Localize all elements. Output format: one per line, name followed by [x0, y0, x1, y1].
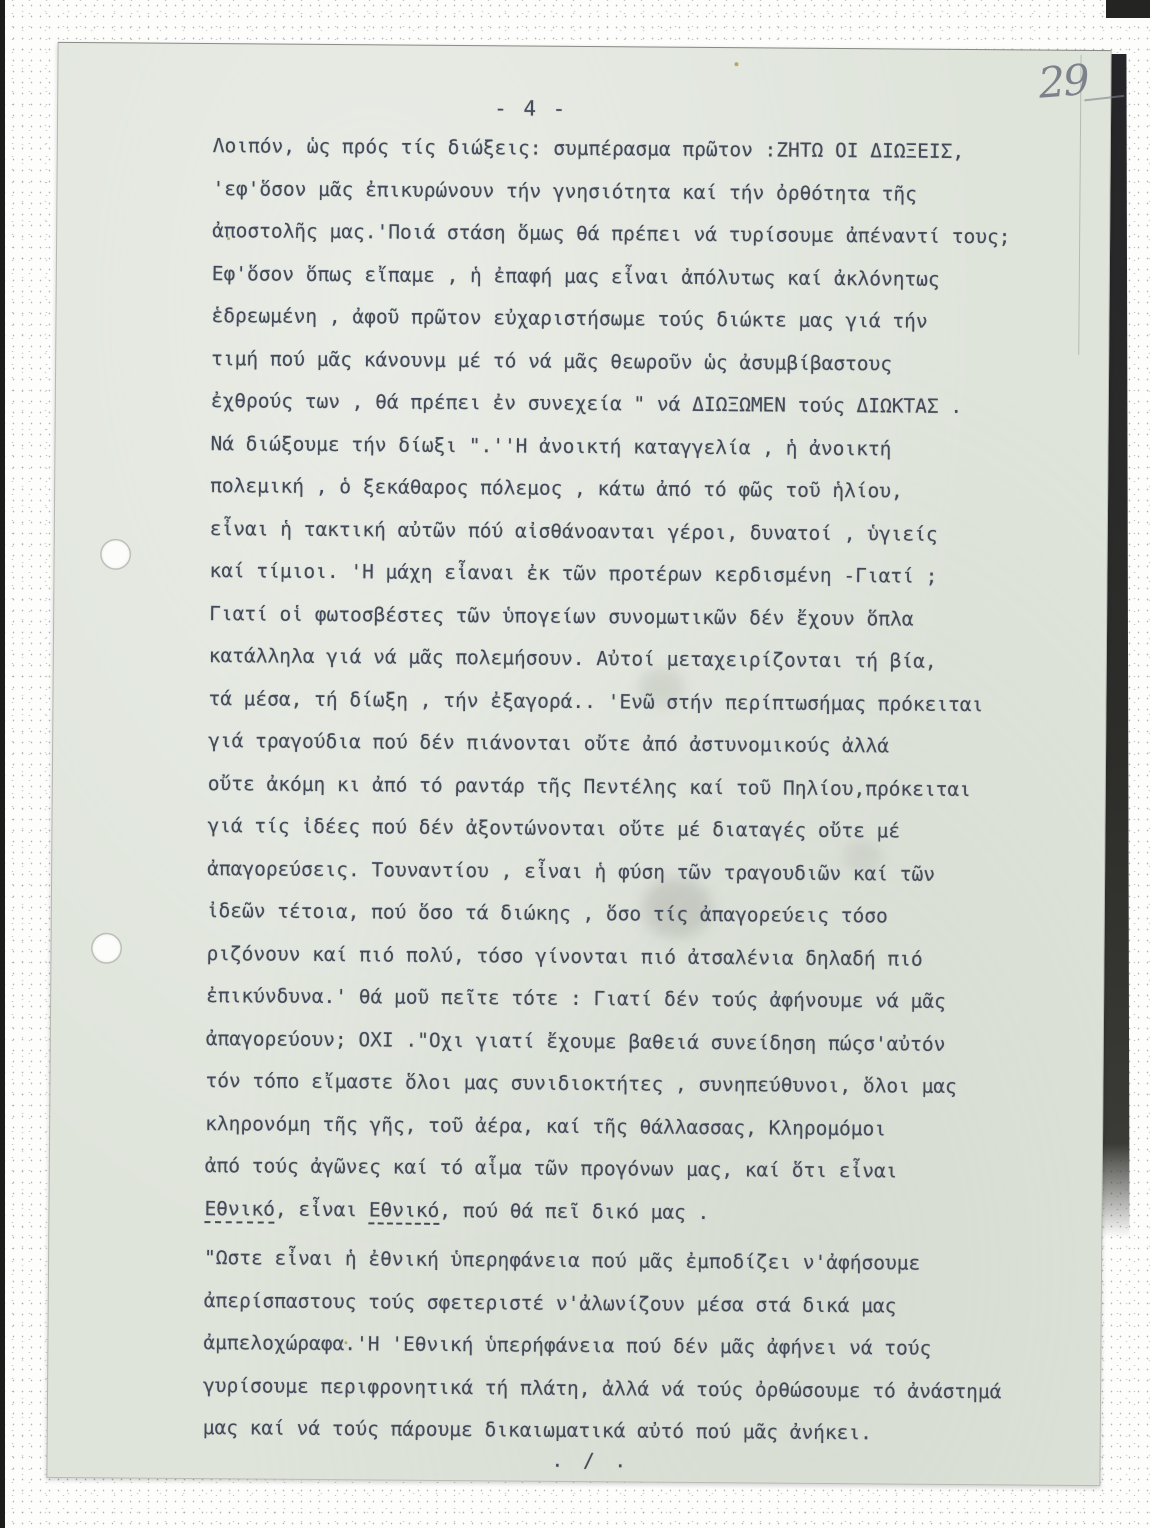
typed-text: τά μέσα, τή δίωξη , τήν ἐξαγορά.. 'Ενῶ σ… [208, 687, 983, 716]
typed-text: πολεμική , ὁ ξεκάθαρος πόλεμος , κάτω ἀπ… [210, 474, 903, 502]
typed-text: 'εφ'ὅσον μᾶς ἐπικυρώνουν τήν γνησιότητα … [212, 177, 917, 206]
typed-text: ἐχθρούς των , θά πρέπει ἐν συνεχεία " νά… [211, 389, 963, 418]
typed-text: γιά τραγούδια πού δέν πιάνονται οὔτε ἀπό… [208, 729, 889, 757]
typed-text: Γιατί οἱ φωτοσβέστες τῶν ὑπογείων συνομω… [209, 602, 914, 631]
typed-text: ἀποστολῆς μας.'Ποιά στάση ὅμως θά πρέπει… [212, 219, 1010, 248]
typed-text: "Ωστε εἶναι ἡ ἐθνική ὑπερηφάνεια πού μᾶς… [204, 1246, 920, 1275]
typed-line: ἐπικύνδυνα.' θά μοῦ πεῖτε τότε : Γιατί δ… [206, 975, 1005, 1024]
typed-line: Νά διώξουμε τήν δίωξι ".''Η ἀνοικτή κατα… [210, 423, 1009, 472]
typed-line: ριζόνουν καί πιό πολύ, τόσο γίνονται πιό… [206, 933, 1005, 982]
end-of-page-mark: . / . [551, 1449, 630, 1473]
typed-text: γυρίσουμε περιφρονητικά τή πλάτη, ἀλλά ν… [203, 1374, 1001, 1403]
typed-text: ἰδεῶν τέτοια, πού ὅσο τά διώκης , ὅσο τί… [207, 899, 888, 927]
typed-text: ἀπερίσπαστους τούς σφετεριστέ ν'ἀλωνίζου… [204, 1289, 897, 1317]
typed-text: ἀπό τούς ἀγῶνες καί τό αἷμα τῶν προγόνων… [205, 1154, 898, 1182]
speck [734, 62, 738, 66]
typed-line: καί τίμιοι. 'Η μάχη εἶαναι ἐκ τῶν προτέρ… [209, 550, 1008, 599]
typed-line: τιμή πού μᾶς κάνουνμ μέ τό νά μᾶς θεωροῦ… [211, 338, 1010, 387]
typed-text: οὔτε ἀκόμη κι ἀπό τό ραντάρ τῆς Πεντέλης… [208, 772, 971, 801]
typed-text: μας καί νά τούς πάρουμε δικαιωματικά αὐτ… [203, 1416, 872, 1444]
typed-line: κατάλληλα γιά νά μᾶς πολεμήσουν. Αὐτοί μ… [209, 635, 1008, 684]
typed-text: εἶναι ἡ τακτική αὐτῶν πόύ αἰσθάνοανται γ… [210, 517, 938, 546]
typed-line: γιά τίς ἰδέες πού δέν ἀξοντώνονται οὔτε … [207, 805, 1006, 854]
scanned-document: { "page": { "handwritten_number": "29", … [0, 0, 1150, 1528]
typed-text: ἐπικύνδυνα.' θά μοῦ πεῖτε τότε : Γιατί δ… [206, 984, 946, 1013]
typed-line: γιά τραγούδια πού δέν πιάνονται οὔτε ἀπό… [208, 720, 1007, 769]
typed-line: Γιατί οἱ φωτοσβέστες τῶν ὑπογείων συνομω… [209, 593, 1008, 642]
typed-text: γιά τίς ἰδέες πού δέν ἀξοντώνονται οὔτε … [207, 814, 900, 842]
typed-text-block: Λοιπόν, ὡς πρός τίς διώξεις: συμπέρασμα … [203, 125, 1012, 1456]
typed-line: πολεμική , ὁ ξεκάθαρος πόλεμος , κάτω ἀπ… [210, 465, 1009, 514]
typed-line: κληρονόμη τῆς γῆς, τοῦ ἀέρα, καί τῆς θάλ… [205, 1103, 1004, 1152]
typed-line: "Ωστε εἶναι ἡ ἐθνική ὑπερηφάνεια πού μᾶς… [204, 1237, 1003, 1286]
typed-text: Νά διώξουμε τήν δίωξι ".''Η ἀνοικτή κατα… [210, 432, 891, 460]
typed-text: κληρονόμη τῆς γῆς, τοῦ ἀέρα, καί τῆς θάλ… [205, 1112, 886, 1140]
typed-text: καί τίμιοι. 'Η μάχη εἶαναι ἐκ τῶν προτέρ… [209, 559, 937, 588]
typed-line: ἀποστολῆς μας.'Ποιά στάση ὅμως θά πρέπει… [212, 210, 1011, 259]
typed-line: 'εφ'ὅσον μᾶς ἐπικυρώνουν τήν γνησιότητα … [212, 168, 1011, 217]
typed-text: ριζόνουν καί πιό πολύ, τόσο γίνονται πιό… [206, 942, 922, 971]
typed-line: ἰδεῶν τέτοια, πού ὅσο τά διώκης , ὅσο τί… [207, 890, 1006, 939]
typed-line: ἀπαγορεύσεις. Τουναντίου , εἶναι ἡ φύση … [207, 848, 1006, 897]
typed-line: Λοιπόν, ὡς πρός τίς διώξεις: συμπέρασμα … [213, 125, 1012, 174]
typed-text: κατάλληλα γιά νά μᾶς πολεμήσουν. Αὐτοί μ… [209, 644, 937, 673]
scan-edge-top-right [1106, 0, 1150, 18]
typed-line: Εθνικό, εἶναι Εθνικό, πού θά πεῖ δικό μα… [204, 1188, 1003, 1237]
typed-text: ἑδρεωμένη , ἀφοῦ πρῶτον εὐχαριστήσωμε το… [211, 304, 927, 333]
page-number-header: - 4 - [494, 96, 567, 121]
typed-text: τόν τόπο εἴμαστε ὅλοι μας συνιδιοκτήτες … [205, 1069, 957, 1098]
typed-text: Λοιπόν, ὡς πρός τίς διώξεις: συμπέρασμα … [213, 134, 965, 163]
typed-line: ἐχθρούς των , θά πρέπει ἐν συνεχεία " νά… [211, 380, 1010, 429]
typed-text: τιμή πού μᾶς κάνουνμ μέ τό νά μᾶς θεωροῦ… [211, 347, 892, 375]
typed-text: , πού θά πεῖ δικό μας . [439, 1198, 709, 1223]
typed-text: Εφ'ὅσον ὅπως εἴπαμε , ἡ ἐπαφή μας εἶναι … [212, 262, 940, 291]
typed-line: τόν τόπο εἴμαστε ὅλοι μας συνιδιοκτήτες … [205, 1060, 1004, 1109]
typed-line: ἀπερίσπαστους τούς σφετεριστέ ν'ἀλωνίζου… [204, 1280, 1003, 1329]
typed-line: Εφ'ὅσον ὅπως εἴπαμε , ἡ ἐπαφή μας εἶναι … [212, 253, 1011, 302]
typed-line: οὔτε ἀκόμη κι ἀπό τό ραντάρ τῆς Πεντέλης… [208, 763, 1007, 812]
punch-hole [102, 540, 130, 568]
typed-line: ἀπαγορεύουν; ΟΧΙ ."Οχι γιατί ἔχουμε βαθε… [206, 1018, 1005, 1067]
typed-line: ἀπό τούς ἀγῶνες καί τό αἷμα τῶν προγόνων… [205, 1145, 1004, 1194]
typed-line: εἶναι ἡ τακτική αὐτῶν πόύ αἰσθάνοανται γ… [210, 508, 1009, 557]
typed-text: ἀπαγορεύσεις. Τουναντίου , εἶναι ἡ φύση … [207, 857, 935, 886]
typed-line: ἀμπελοχώραφα.'Η 'Εθνική ὑπερήφάνεια πού … [203, 1322, 1002, 1371]
typed-line: γυρίσουμε περιφρονητικά τή πλάτη, ἀλλά ν… [203, 1365, 1002, 1414]
punch-hole [92, 934, 120, 962]
typed-text: ἀπαγορεύουν; ΟΧΙ ."Οχι γιατί ἔχουμε βαθε… [206, 1027, 946, 1056]
scan-edge-left [0, 0, 5, 1528]
underlined-word: Εθνικό [204, 1197, 275, 1224]
typed-line: ἑδρεωμένη , ἀφοῦ πρῶτον εὐχαριστήσωμε το… [211, 295, 1010, 344]
typed-text: , εἶναι [275, 1197, 369, 1221]
underlined-word: Εθνικό [369, 1198, 440, 1225]
handwritten-page-number: 29 [1037, 55, 1090, 108]
typed-line: τά μέσα, τή δίωξη , τήν ἐξαγορά.. 'Ενῶ σ… [208, 678, 1007, 727]
paper-sheet: 29 - 4 - Λοιπόν, ὡς πρός τίς διώξεις: συ… [46, 42, 1111, 1486]
typed-text: ἀμπελοχώραφα.'Η 'Εθνική ὑπερήφάνεια πού … [203, 1331, 931, 1360]
